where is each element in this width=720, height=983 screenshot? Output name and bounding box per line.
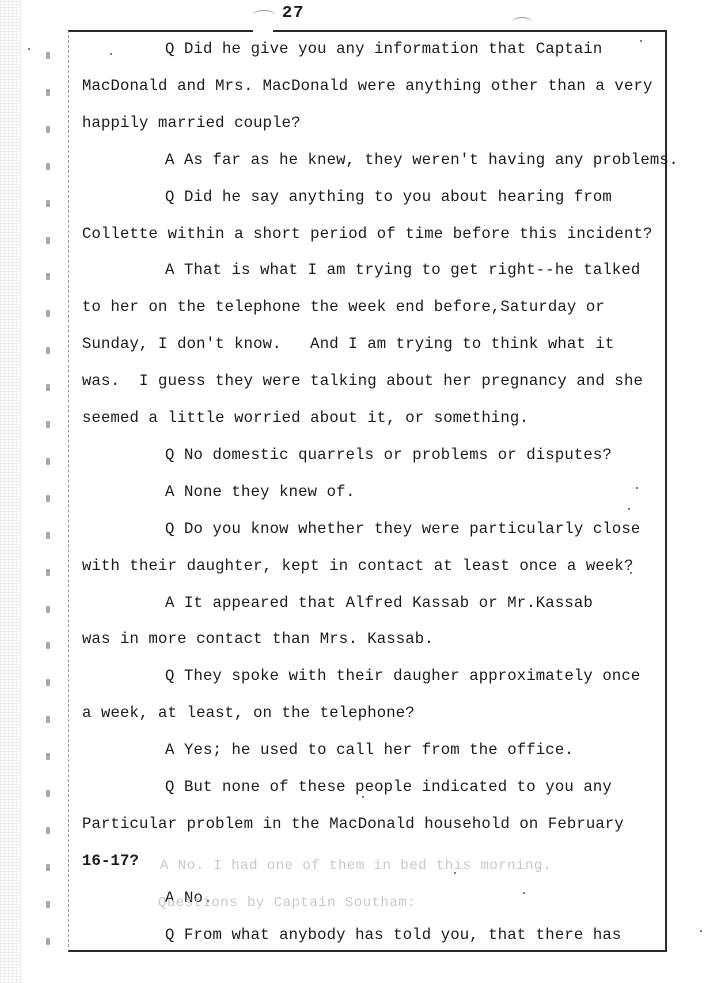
transcript-line: A That is what I am trying to get right-… xyxy=(165,261,640,279)
line-number-mark xyxy=(46,901,50,908)
line-number-mark xyxy=(46,938,50,945)
line-number-mark xyxy=(46,864,50,871)
transcript-line: Q They spoke with their daugher approxim… xyxy=(165,667,640,685)
transcript-line: A Yes; he used to call her from the offi… xyxy=(165,741,574,759)
transcript-line: Collette within a short period of time b… xyxy=(82,225,652,243)
line-number-mark xyxy=(46,790,50,797)
line-number-mark xyxy=(46,606,50,613)
line-number-mark xyxy=(46,421,50,428)
transcript-line: A As far as he knew, they weren't having… xyxy=(165,151,678,169)
transcript-line: happily married couple? xyxy=(82,114,301,132)
transcript-line: Particular problem in the MacDonald hous… xyxy=(82,815,624,833)
transcript-line: Q Did he say anything to you about heari… xyxy=(165,188,612,206)
punch-hole-mark xyxy=(512,17,532,28)
transcript-line: Sunday, I don't know. And I am trying to… xyxy=(82,335,614,353)
line-number-mark xyxy=(46,52,50,59)
scan-speck xyxy=(628,508,630,510)
scan-speck xyxy=(630,572,632,574)
transcript-line: A None they knew of. xyxy=(165,483,355,501)
bleed-through-text: Questions by Captain Southam: xyxy=(158,895,416,911)
line-number-mark xyxy=(46,753,50,760)
scan-speck xyxy=(700,930,702,932)
line-number-mark xyxy=(46,642,50,649)
scan-speck xyxy=(362,796,364,798)
line-number-mark xyxy=(46,679,50,686)
line-number-mark xyxy=(46,200,50,207)
transcript-line: MacDonald and Mrs. MacDonald were anythi… xyxy=(82,77,652,95)
line-number-mark xyxy=(46,163,50,170)
transcript-line: was in more contact than Mrs. Kassab. xyxy=(82,630,434,648)
scan-speck xyxy=(640,40,642,42)
line-number-mark xyxy=(46,347,50,354)
scan-speck xyxy=(636,487,638,489)
page-number: 27 xyxy=(282,4,304,23)
scan-speck xyxy=(28,48,30,50)
transcript-line: seemed a little worried about it, or som… xyxy=(82,409,529,427)
line-number-mark xyxy=(46,310,50,317)
line-number-mark xyxy=(46,827,50,834)
transcript-line: Q But none of these people indicated to … xyxy=(165,778,612,796)
scan-speck xyxy=(523,892,525,894)
transcript-line: 16-17? xyxy=(82,852,139,870)
transcript-line: Q Do you know whether they were particul… xyxy=(165,520,640,538)
scan-speck xyxy=(454,872,456,874)
punch-hole-mark xyxy=(252,10,276,21)
transcript-line: Q No domestic quarrels or problems or di… xyxy=(165,446,612,464)
transcript-line: Q Did he give you any information that C… xyxy=(165,40,602,58)
line-number-mark xyxy=(46,532,50,539)
bleed-through-text: A No. I had one of them in bed this morn… xyxy=(160,858,552,874)
line-number-mark xyxy=(46,273,50,280)
line-number-mark xyxy=(46,237,50,244)
transcript-line: to her on the telephone the week end bef… xyxy=(82,298,605,316)
transcript-line: A It appeared that Alfred Kassab or Mr.K… xyxy=(165,594,593,612)
line-number-mark xyxy=(46,716,50,723)
line-number-mark xyxy=(46,126,50,133)
transcript-line: with their daughter, kept in contact at … xyxy=(82,557,633,575)
line-number-mark xyxy=(46,495,50,502)
transcript-line: was. I guess they were talking about her… xyxy=(82,372,643,390)
scan-edge-artifact xyxy=(0,0,22,983)
line-number-mark xyxy=(46,458,50,465)
transcript-line: Q From what anybody has told you, that t… xyxy=(165,926,621,944)
scan-speck xyxy=(110,53,112,55)
line-number-mark xyxy=(46,384,50,391)
line-number-mark xyxy=(46,569,50,576)
frame-gap xyxy=(253,27,273,33)
transcript-line: a week, at least, on the telephone? xyxy=(82,704,415,722)
line-number-mark xyxy=(46,89,50,96)
